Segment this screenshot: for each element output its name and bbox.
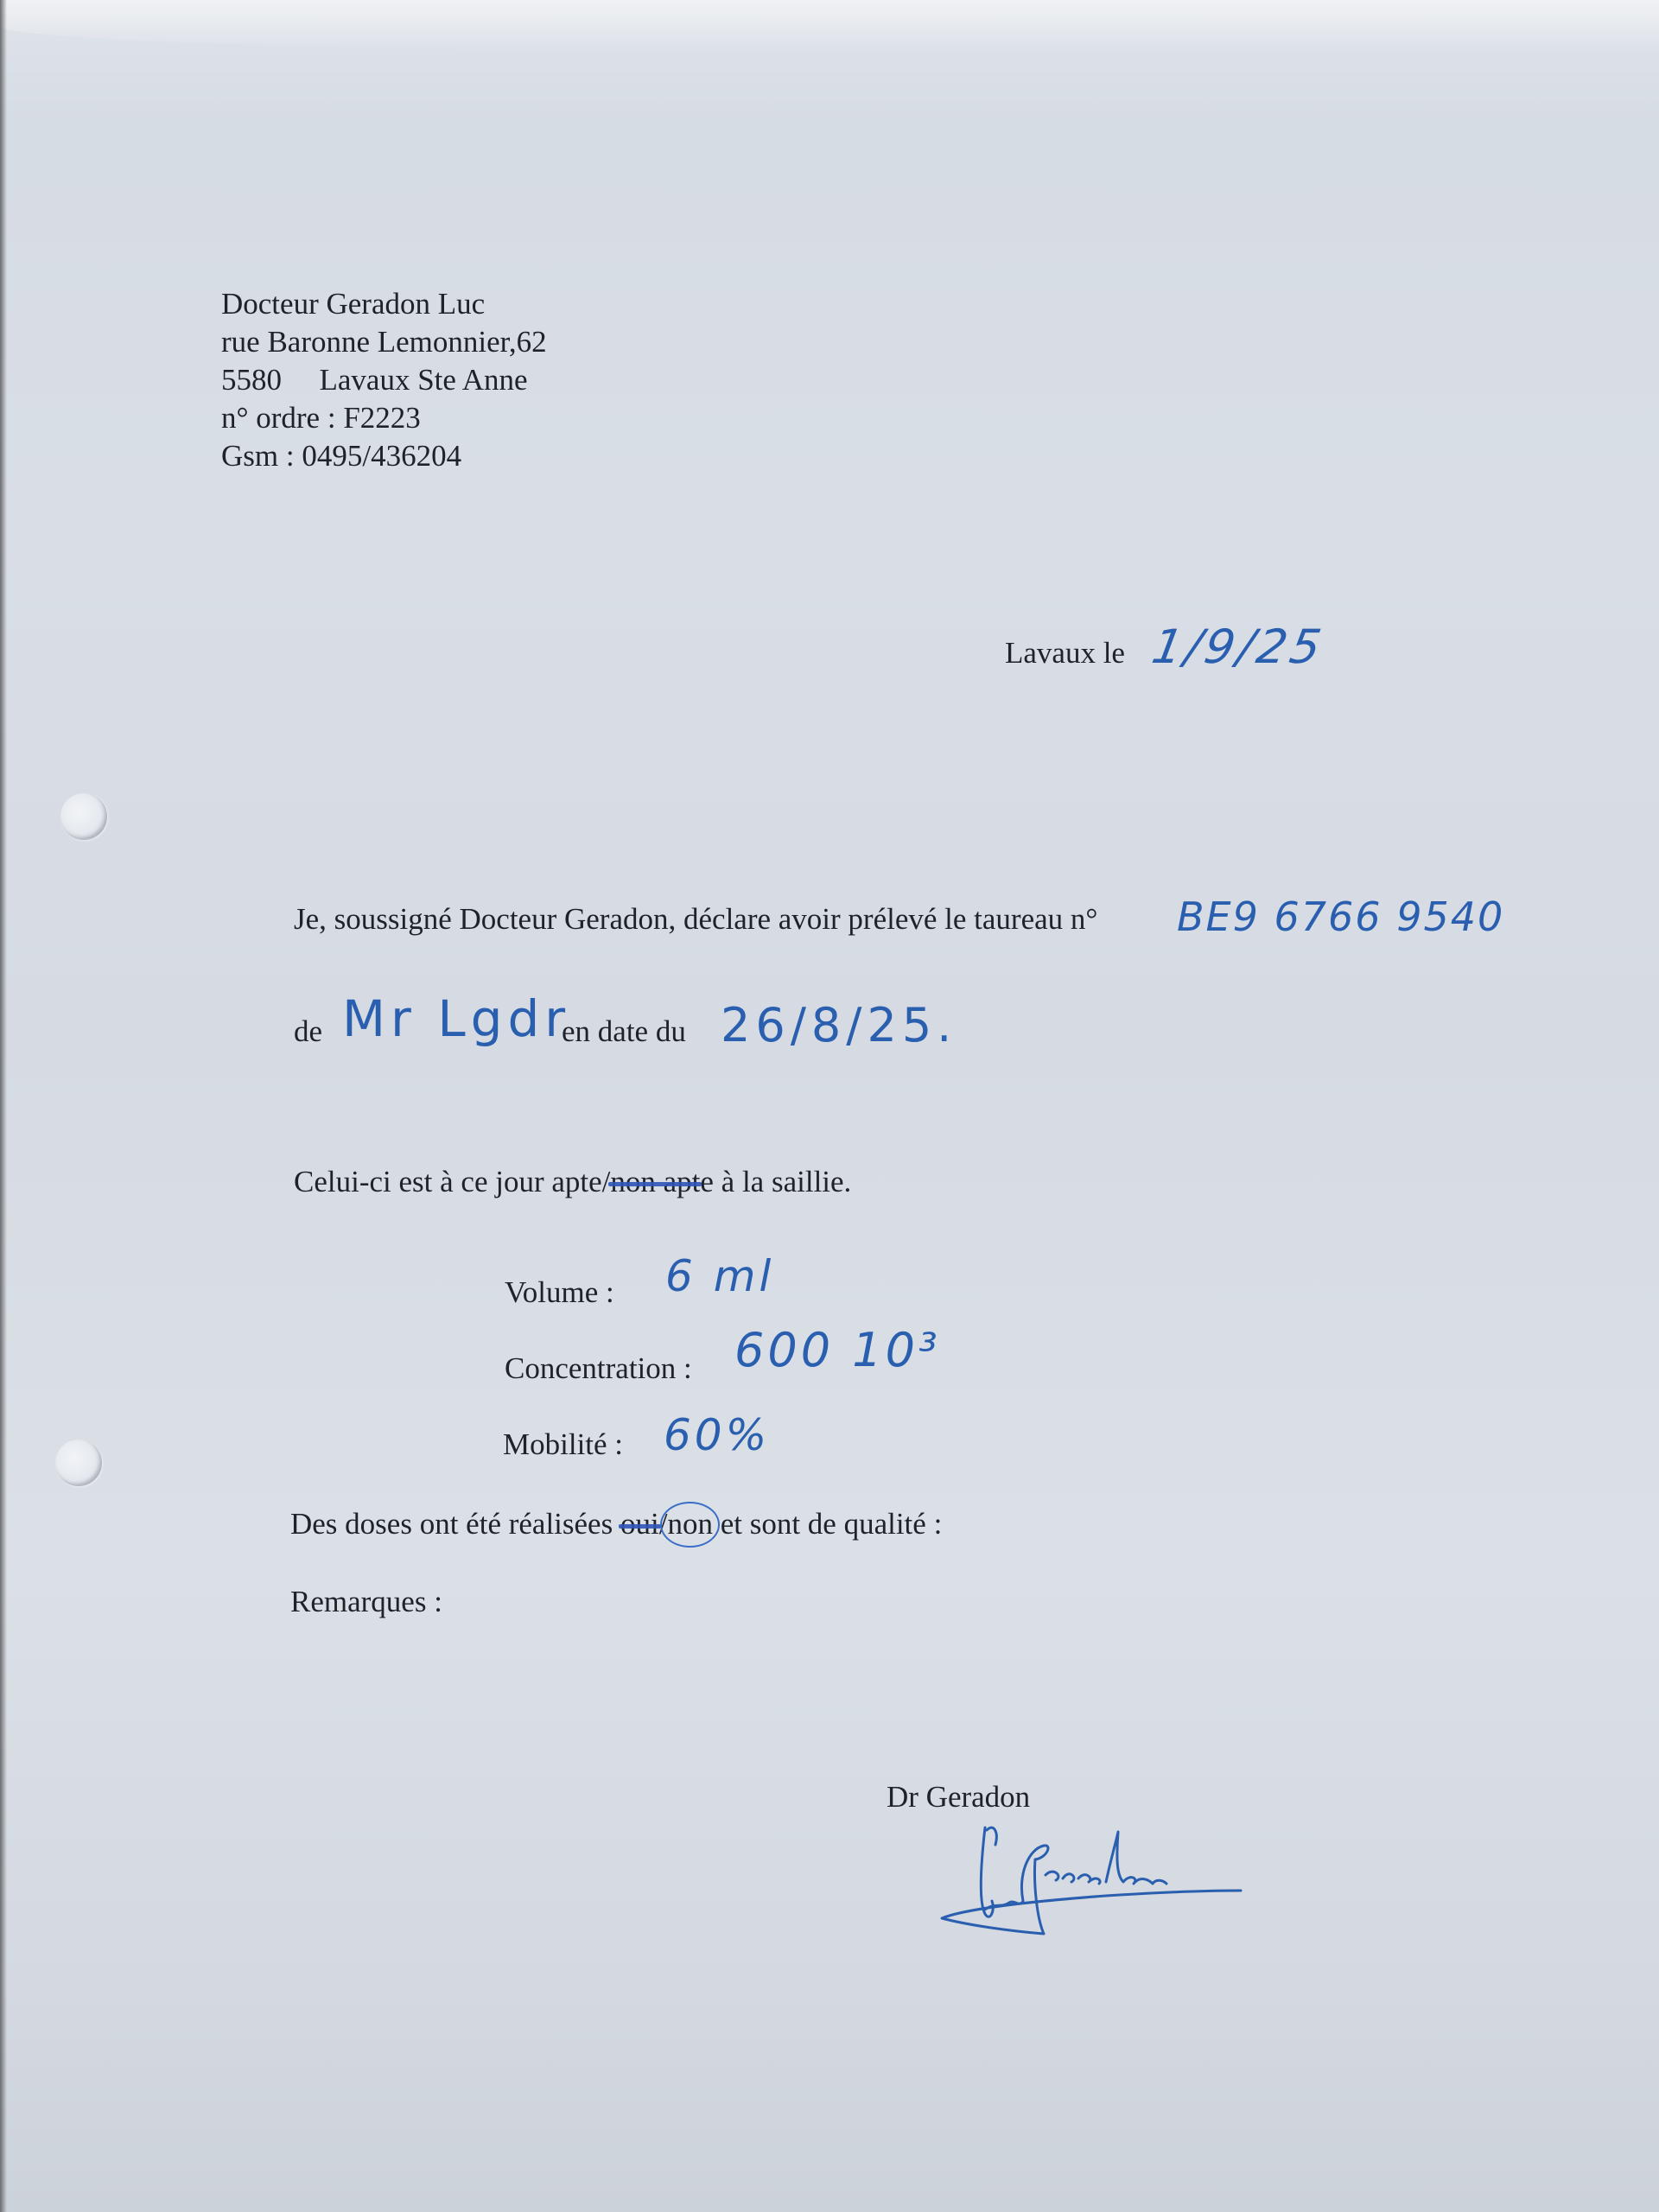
struck-oui: oui: [620, 1507, 659, 1541]
sampling-date: 26/8/25.: [721, 1002, 957, 1049]
handwritten-date: 1/9/25: [1148, 624, 1327, 671]
volume-label: Volume :: [505, 1277, 614, 1307]
volume-value: 6 ml: [665, 1255, 774, 1298]
city: Lavaux Ste Anne: [320, 363, 528, 397]
mobility-label: Mobilité :: [503, 1429, 623, 1459]
handwritten-signature: [933, 1806, 1244, 1953]
mobility-value: 60%: [664, 1414, 770, 1457]
bull-number: BE9 6766 9540: [1177, 897, 1504, 937]
concentration-label: Concentration :: [505, 1353, 692, 1383]
owner-name: Mr Lgdr: [342, 994, 570, 1044]
concentration-value: 600 10³: [734, 1327, 941, 1374]
aptitude-statement: Celui-ci est à ce jour apte/non apte à l…: [294, 1166, 851, 1197]
phone-number: Gsm : 0495/436204: [221, 441, 461, 471]
place-label: Lavaux le: [1005, 638, 1125, 668]
owner-prefix: de: [294, 1016, 322, 1046]
circled-non: non: [667, 1509, 713, 1539]
city-line: 5580 Lavaux Ste Anne: [221, 365, 528, 395]
order-number: n° ordre : F2223: [221, 403, 421, 433]
postal-code: 5580: [221, 363, 282, 397]
date-label: en date du: [562, 1016, 686, 1046]
remarks-label: Remarques :: [290, 1586, 442, 1617]
punch-hole-top: [60, 793, 107, 840]
street-address: rue Baronne Lemonnier,62: [221, 327, 547, 357]
doses-statement: Des doses ont été réalisées oui/non et s…: [290, 1509, 942, 1539]
doctor-name: Docteur Geradon Luc: [221, 289, 485, 319]
declaration-text: Je, soussigné Docteur Geradon, déclare a…: [294, 904, 1097, 934]
struck-non-apte: non apt: [610, 1165, 700, 1198]
punch-hole-bottom: [55, 1440, 102, 1486]
